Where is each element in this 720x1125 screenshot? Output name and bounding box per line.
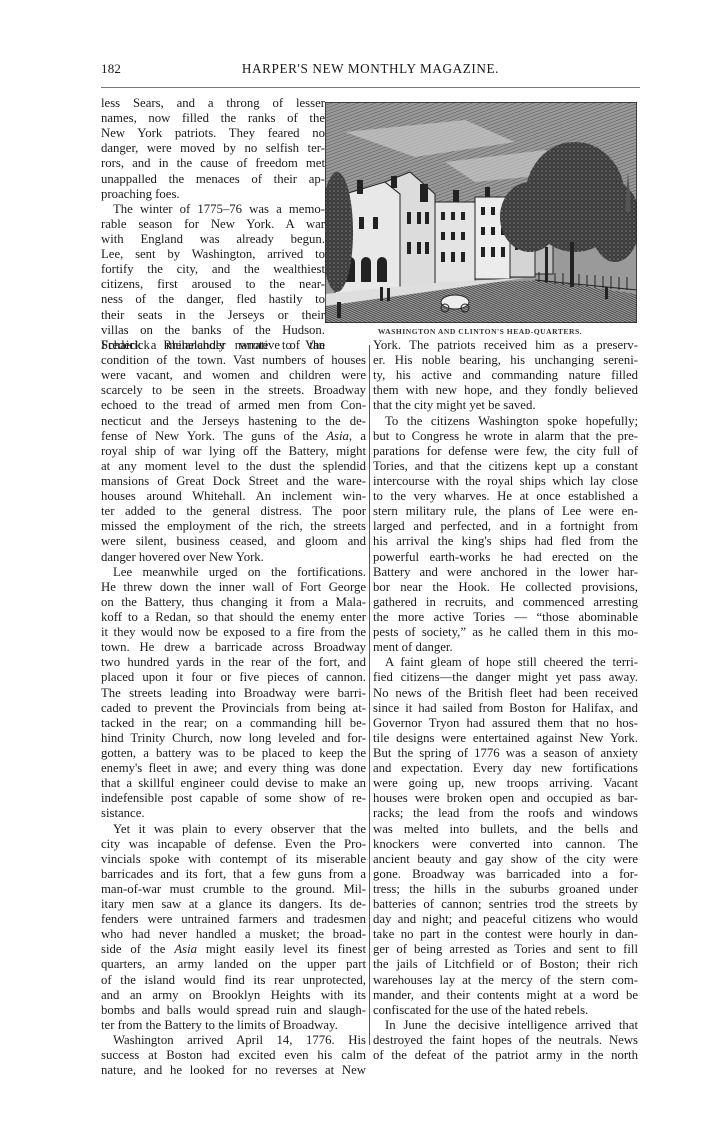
text-line: sistance. <box>101 806 366 821</box>
text-line: man-of-war must crumble to the ground. M… <box>101 882 366 897</box>
text-line: A faint gleam of hope still cheered the … <box>373 655 638 670</box>
text-line: houses were broken open and occupied as … <box>373 791 638 806</box>
text-line: confiscated for the use of the hated reb… <box>373 1003 638 1018</box>
figure-engraving <box>325 102 637 323</box>
text-line: were going up, new troops arriving. Vaca… <box>373 776 638 791</box>
text-line: them with new hope, and they fondly beli… <box>373 383 638 398</box>
text-line: and expectation. Every day new fortifica… <box>373 761 638 776</box>
text-line: He threw down the inner wall of Fort Geo… <box>101 580 366 595</box>
text-line: it they would now be exposed to a fire f… <box>101 625 366 640</box>
text-line: hind Trinity Church, now long leveled an… <box>101 731 366 746</box>
text-line: ancient beauty and gay show of the city … <box>373 852 638 867</box>
text-line: enemy's fleet in awe; and every thing wa… <box>101 761 366 776</box>
text-line: of the defeat of the patriot army in the… <box>373 1048 638 1063</box>
text-line: unappalled the menaces of their ap- <box>101 172 325 187</box>
text-line: parations for defense were few, the city… <box>373 444 638 459</box>
text-line: indefensible post capable of some show o… <box>101 791 366 806</box>
text-line: stern military rule, the plans of Lee we… <box>373 504 638 519</box>
text-line: Lee, sent by Washington, arrived to <box>101 247 325 262</box>
column-divider-rule <box>369 345 370 1045</box>
text-line: ger of being arrested as Tories and sent… <box>373 942 638 957</box>
text-line: on the Battery, thus changing it from a … <box>101 595 366 610</box>
text-line: Yet it was plain to every observer that … <box>101 822 366 837</box>
text-line: echoed to the tread of armed men from Co… <box>101 398 366 413</box>
text-line: names, now filled the ranks of the <box>101 111 325 126</box>
text-line: tile designs were entertained against Ne… <box>373 731 638 746</box>
text-line: But the spring of 1776 was a season of a… <box>373 746 638 761</box>
figure-caption: WASHINGTON AND CLINTON'S HEAD-QUARTERS. <box>320 327 640 336</box>
text-line: gotten, a battery was to be placed to ke… <box>101 746 366 761</box>
text-line: placed upon it four or five pieces of ca… <box>101 670 366 685</box>
running-head: 182 HARPER'S NEW MONTHLY MAGAZINE. <box>101 61 640 79</box>
text-line: Washington arrived April 14, 1776. His <box>101 1033 366 1048</box>
text-line: vincials spoke with contempt of its mise… <box>101 852 366 867</box>
text-line: with England was already begun. <box>101 232 325 247</box>
text-line: bor near the Hook. He collected provisio… <box>373 580 638 595</box>
text-line: houses around Whitehall. An inclement wi… <box>101 489 366 504</box>
text-line: scarcely to be seen in the streets. Broa… <box>101 383 366 398</box>
text-line: gathered in recruits, and commenced arre… <box>373 595 638 610</box>
text-line: condition of the town. Vast numbers of h… <box>101 353 366 368</box>
text-line: powerful earth-works he had erected on t… <box>373 550 638 565</box>
text-line: mander, and their contents might at a wo… <box>373 988 638 1003</box>
text-line: ness of the danger, fled hastily to <box>101 292 325 307</box>
text-line: was melted into bullets, and the bells a… <box>373 822 638 837</box>
text-line: tacked in the rear; on a commanding hill… <box>101 716 366 731</box>
text-line: No news of the British fleet had been re… <box>373 686 638 701</box>
text-line: less Sears, and a throng of lesser <box>101 96 325 111</box>
text-line: who had never handled a musket; the broa… <box>101 927 366 942</box>
text-line: that the city might yet be saved. <box>373 398 638 413</box>
text-line: New York patriots. They feared no <box>101 126 325 141</box>
text-line: knockers were converted into cannon. The <box>373 837 638 852</box>
text-line: nature, and he looked for no reverses at… <box>101 1063 366 1078</box>
text-line: itary men saw at a glance its dangers. I… <box>101 897 366 912</box>
text-line: were vacant, and women and children were <box>101 368 366 383</box>
text-line: of the island would find its rear unprot… <box>101 973 366 988</box>
text-line: fenders were untrained farmers and trade… <box>101 912 366 927</box>
text-line: Governor Tryon had assured them that no … <box>373 716 638 731</box>
text-line: at any moment level to the dust the sple… <box>101 459 366 474</box>
text-line: fortify the city, and the wealthiest <box>101 262 325 277</box>
text-line: koff to a Redan, so that should the enem… <box>101 610 366 625</box>
ship-name-italic: Asia <box>326 429 349 443</box>
text-line: his arrival the king's ships had fled fr… <box>373 534 638 549</box>
header-rule <box>101 87 640 88</box>
text-line: bombs and balls would spread ruin and sl… <box>101 1003 366 1018</box>
text-line: missed the employment of the rich, the s… <box>101 519 366 534</box>
text-line: In June the decisive intelligence arrive… <box>373 1018 638 1033</box>
text-line: fied citizens—the danger might yet pass … <box>373 670 638 685</box>
ship-name-italic: Asia <box>174 942 197 956</box>
text-line: barricades and its fort, that a few guns… <box>101 867 366 882</box>
text-line: caded to prevent the Provincials from be… <box>101 701 366 716</box>
text-line: city was incapable of defense. Even the … <box>101 837 366 852</box>
text-line: rors, and in the cause of freedom met <box>101 156 325 171</box>
text-line: ment of danger. <box>373 640 638 655</box>
text-line: mansions of Great Dock Street and the wa… <box>101 474 366 489</box>
text-line: pests of society,” as he called them in … <box>373 625 638 640</box>
text-line: fense of New York. The guns of the Asia,… <box>101 429 366 444</box>
text-line: rable season for New York. A war <box>101 217 325 232</box>
text-line: success at Boston had excited even his c… <box>101 1048 366 1063</box>
text-line: York. The patriots received him as a pre… <box>373 338 638 353</box>
text-line: gone. Broadway was barricaded into a for… <box>373 867 638 882</box>
text-line: take no part in the contest were hourly … <box>373 927 638 942</box>
text-line: warehouses lay at the mercy of the stern… <box>373 973 638 988</box>
text-line: The winter of 1775–76 was a memo- <box>101 202 325 217</box>
text-line: the more active Tories — “those abominab… <box>373 610 638 625</box>
text-line: Schaick a melancholy narrative of the <box>101 338 325 353</box>
street-engraving-image <box>325 102 637 323</box>
text-line: ty, his active and commanding nature fil… <box>373 368 638 383</box>
text-line: town. He drew a barricade across Broadwa… <box>101 640 366 655</box>
text-line: their seats in the Jerseys or their <box>101 308 325 323</box>
text-line: intercourse with the royal ships which l… <box>373 474 638 489</box>
text-line: larged and perfected, and in a fortnight… <box>373 519 638 534</box>
text-line: since it had sailed from Boston for Hali… <box>373 701 638 716</box>
left-column-beside-figure: less Sears, and a throng of lessernames,… <box>101 96 325 353</box>
text-line: Tories, and that the citizens kept up a … <box>373 459 638 474</box>
text-line: The streets leading into Broadway were b… <box>101 686 366 701</box>
text-line: er. His noble bearing, his unchanging se… <box>373 353 638 368</box>
text-line: danger, were moved by no selfish ter- <box>101 141 325 156</box>
right-column-text: York. The patriots received him as a pre… <box>373 338 638 1063</box>
left-column-text: Schaick a melancholy narrative of thecon… <box>101 338 366 1078</box>
text-line: racks; the lead from the roofs and windo… <box>373 806 638 821</box>
text-line: royal ship of war lying off the Battery,… <box>101 444 366 459</box>
text-line: that a skillful engineer could devise to… <box>101 776 366 791</box>
text-line: necticut and the Jerseys hastening to th… <box>101 414 366 429</box>
text-line: but to Congress he wrote in alarm that t… <box>373 429 638 444</box>
text-line: day and night; and peaceful citizens who… <box>373 912 638 927</box>
text-line: batteries of cannon; sentries trod the s… <box>373 897 638 912</box>
text-line: quarters, an army landed on the upper pa… <box>101 957 366 972</box>
text-line: and an army on Brooklyn Heights with its <box>101 988 366 1003</box>
text-line: tress; the hills in the suburbs groaned … <box>373 882 638 897</box>
text-line: ter from the Battery to the limits of Br… <box>101 1018 366 1033</box>
magazine-title: HARPER'S NEW MONTHLY MAGAZINE. <box>101 61 640 77</box>
text-line: Battery and were anchored in the lower h… <box>373 565 638 580</box>
text-line: citizens, first aroused to the near- <box>101 277 325 292</box>
text-line: proaching foes. <box>101 187 325 202</box>
text-line: Lee meanwhile urged on the fortification… <box>101 565 366 580</box>
text-line: the jails of Litchfield or of Boston; th… <box>373 957 638 972</box>
text-line: To the citizens Washington spoke hopeful… <box>373 414 638 429</box>
text-line: two hundred yards in the rear of the for… <box>101 655 366 670</box>
text-line: to the very wharves. He at once establis… <box>373 489 638 504</box>
text-line: danger hovered over New York. <box>101 550 366 565</box>
text-line: destroyed the faint hopes of the neutral… <box>373 1033 638 1048</box>
text-line: ter added to the general distress. The p… <box>101 504 366 519</box>
magazine-page: 182 HARPER'S NEW MONTHLY MAGAZINE. <box>0 0 720 1125</box>
text-line: were silent, business ceased, and gloom … <box>101 534 366 549</box>
text-line: side of the Asia might easily level its … <box>101 942 366 957</box>
text-line: villas on the banks of the Hudson. <box>101 323 325 338</box>
